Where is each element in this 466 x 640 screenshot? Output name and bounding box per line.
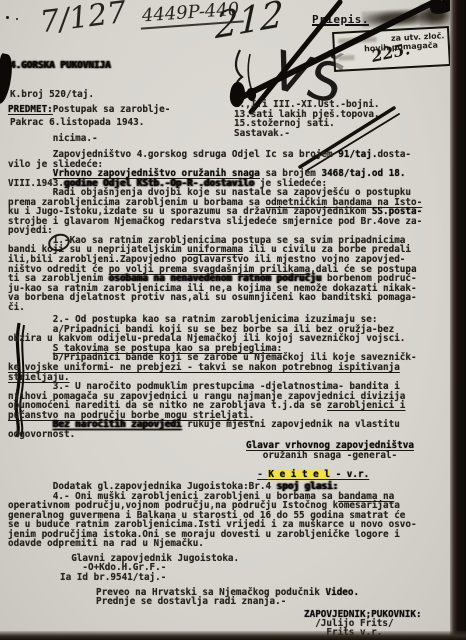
body-text-segment: 91/taj. <box>338 149 377 160</box>
subject-line: PREDMET:Postupak sa zaroblje- <box>8 105 170 115</box>
body-paragraph: b/Pripadnici bande koji se zarobe u Njem… <box>8 353 446 382</box>
ink-dot <box>6 16 9 19</box>
war-crimes-commission-stamp: za utv. zloč. hovih pomagača 225. <box>332 26 451 72</box>
body-text-segment: Glavni zapovjednik Jugoistoka. -O+Kdo.H.… <box>60 553 239 583</box>
body-text-segment: 3468/taj.od 18. <box>321 168 405 179</box>
document-body: Zapovjedništvo 4.gorskog sdruga Odjel Ic… <box>8 150 446 638</box>
handwritten-file-number: 4449P-440 <box>139 0 244 30</box>
ink-smudge <box>362 8 435 28</box>
ink-dot <box>16 18 18 20</box>
body-text-segment: K e i t e l <box>268 469 330 480</box>
scan-edge-right <box>450 0 466 640</box>
body-paragraph: 4.- Oni muški zarobljenici zarobljeni u … <box>8 492 446 549</box>
handwritten-number-212: 212 <box>215 0 284 47</box>
ink-smudge <box>420 4 452 26</box>
southeast-command-block: Glavni zapovjednik Jugoistoka. -O+Kdo.H.… <box>8 554 446 583</box>
subject-label: PREDMET: <box>8 104 53 115</box>
recipient-line: Sastavak.- <box>234 129 380 139</box>
document-page: 7/127 4449P-440 212 VŠ Priepis. za utv. … <box>0 0 466 640</box>
body-paragraph: Radi objašnjenja dvojbi koje su nastale … <box>8 188 446 236</box>
recipient-list: 1.,I.i III.-XI.Ust.-bojni.13.sati lakih … <box>234 100 380 138</box>
unit-name: 4.GORSKA PUKOVNIJA <box>10 61 144 71</box>
body-text-segment: - <box>257 469 268 480</box>
body-paragraph: 1.-Kao sa ratnim zarobljenicima postupa … <box>8 236 446 312</box>
handwritten-reference-number: 7/127 <box>38 0 128 40</box>
priepis-label: Priepis. <box>312 13 369 26</box>
body-text-segment: strojbe i glavarom Njemačkog redarstva s… <box>8 216 422 237</box>
body-paragraph: Zapovjedništvo 4.gorskog sdruga Odjel Ic… <box>8 150 446 169</box>
body-paragraph: 3.- U naročito podmuklim prestupcima -dj… <box>8 382 446 420</box>
keitel-signature-block: Glavar vrhovnog zapovjedništva oružanih … <box>8 441 446 479</box>
body-paragraph: a/Pripadnici bandi koji su se bez borbe … <box>8 325 446 354</box>
translator-note: Preveo na Hrvatski sa Njemačkog podučnik… <box>8 588 446 607</box>
body-text-segment: - v.r. <box>330 469 369 480</box>
body-text-segment: Video. <box>326 587 360 598</box>
scan-edge-bottom <box>0 631 466 640</box>
body-paragraph: Bez naročitih zapovjedi rukuje mjestni z… <box>8 420 446 439</box>
body-text-segment: Prednje se dostavlja radi znanja.- <box>96 596 286 607</box>
body-paragraph: Vrhovno zapovjedništvo oružanih snaga sa… <box>8 169 446 188</box>
body-text-segment: ke vojske uniformi- ne prebjezi - takvi … <box>8 362 400 383</box>
faint-stamp-text <box>338 55 354 61</box>
body-text-segment: operativnom području,vojnom području,na … <box>8 500 417 549</box>
